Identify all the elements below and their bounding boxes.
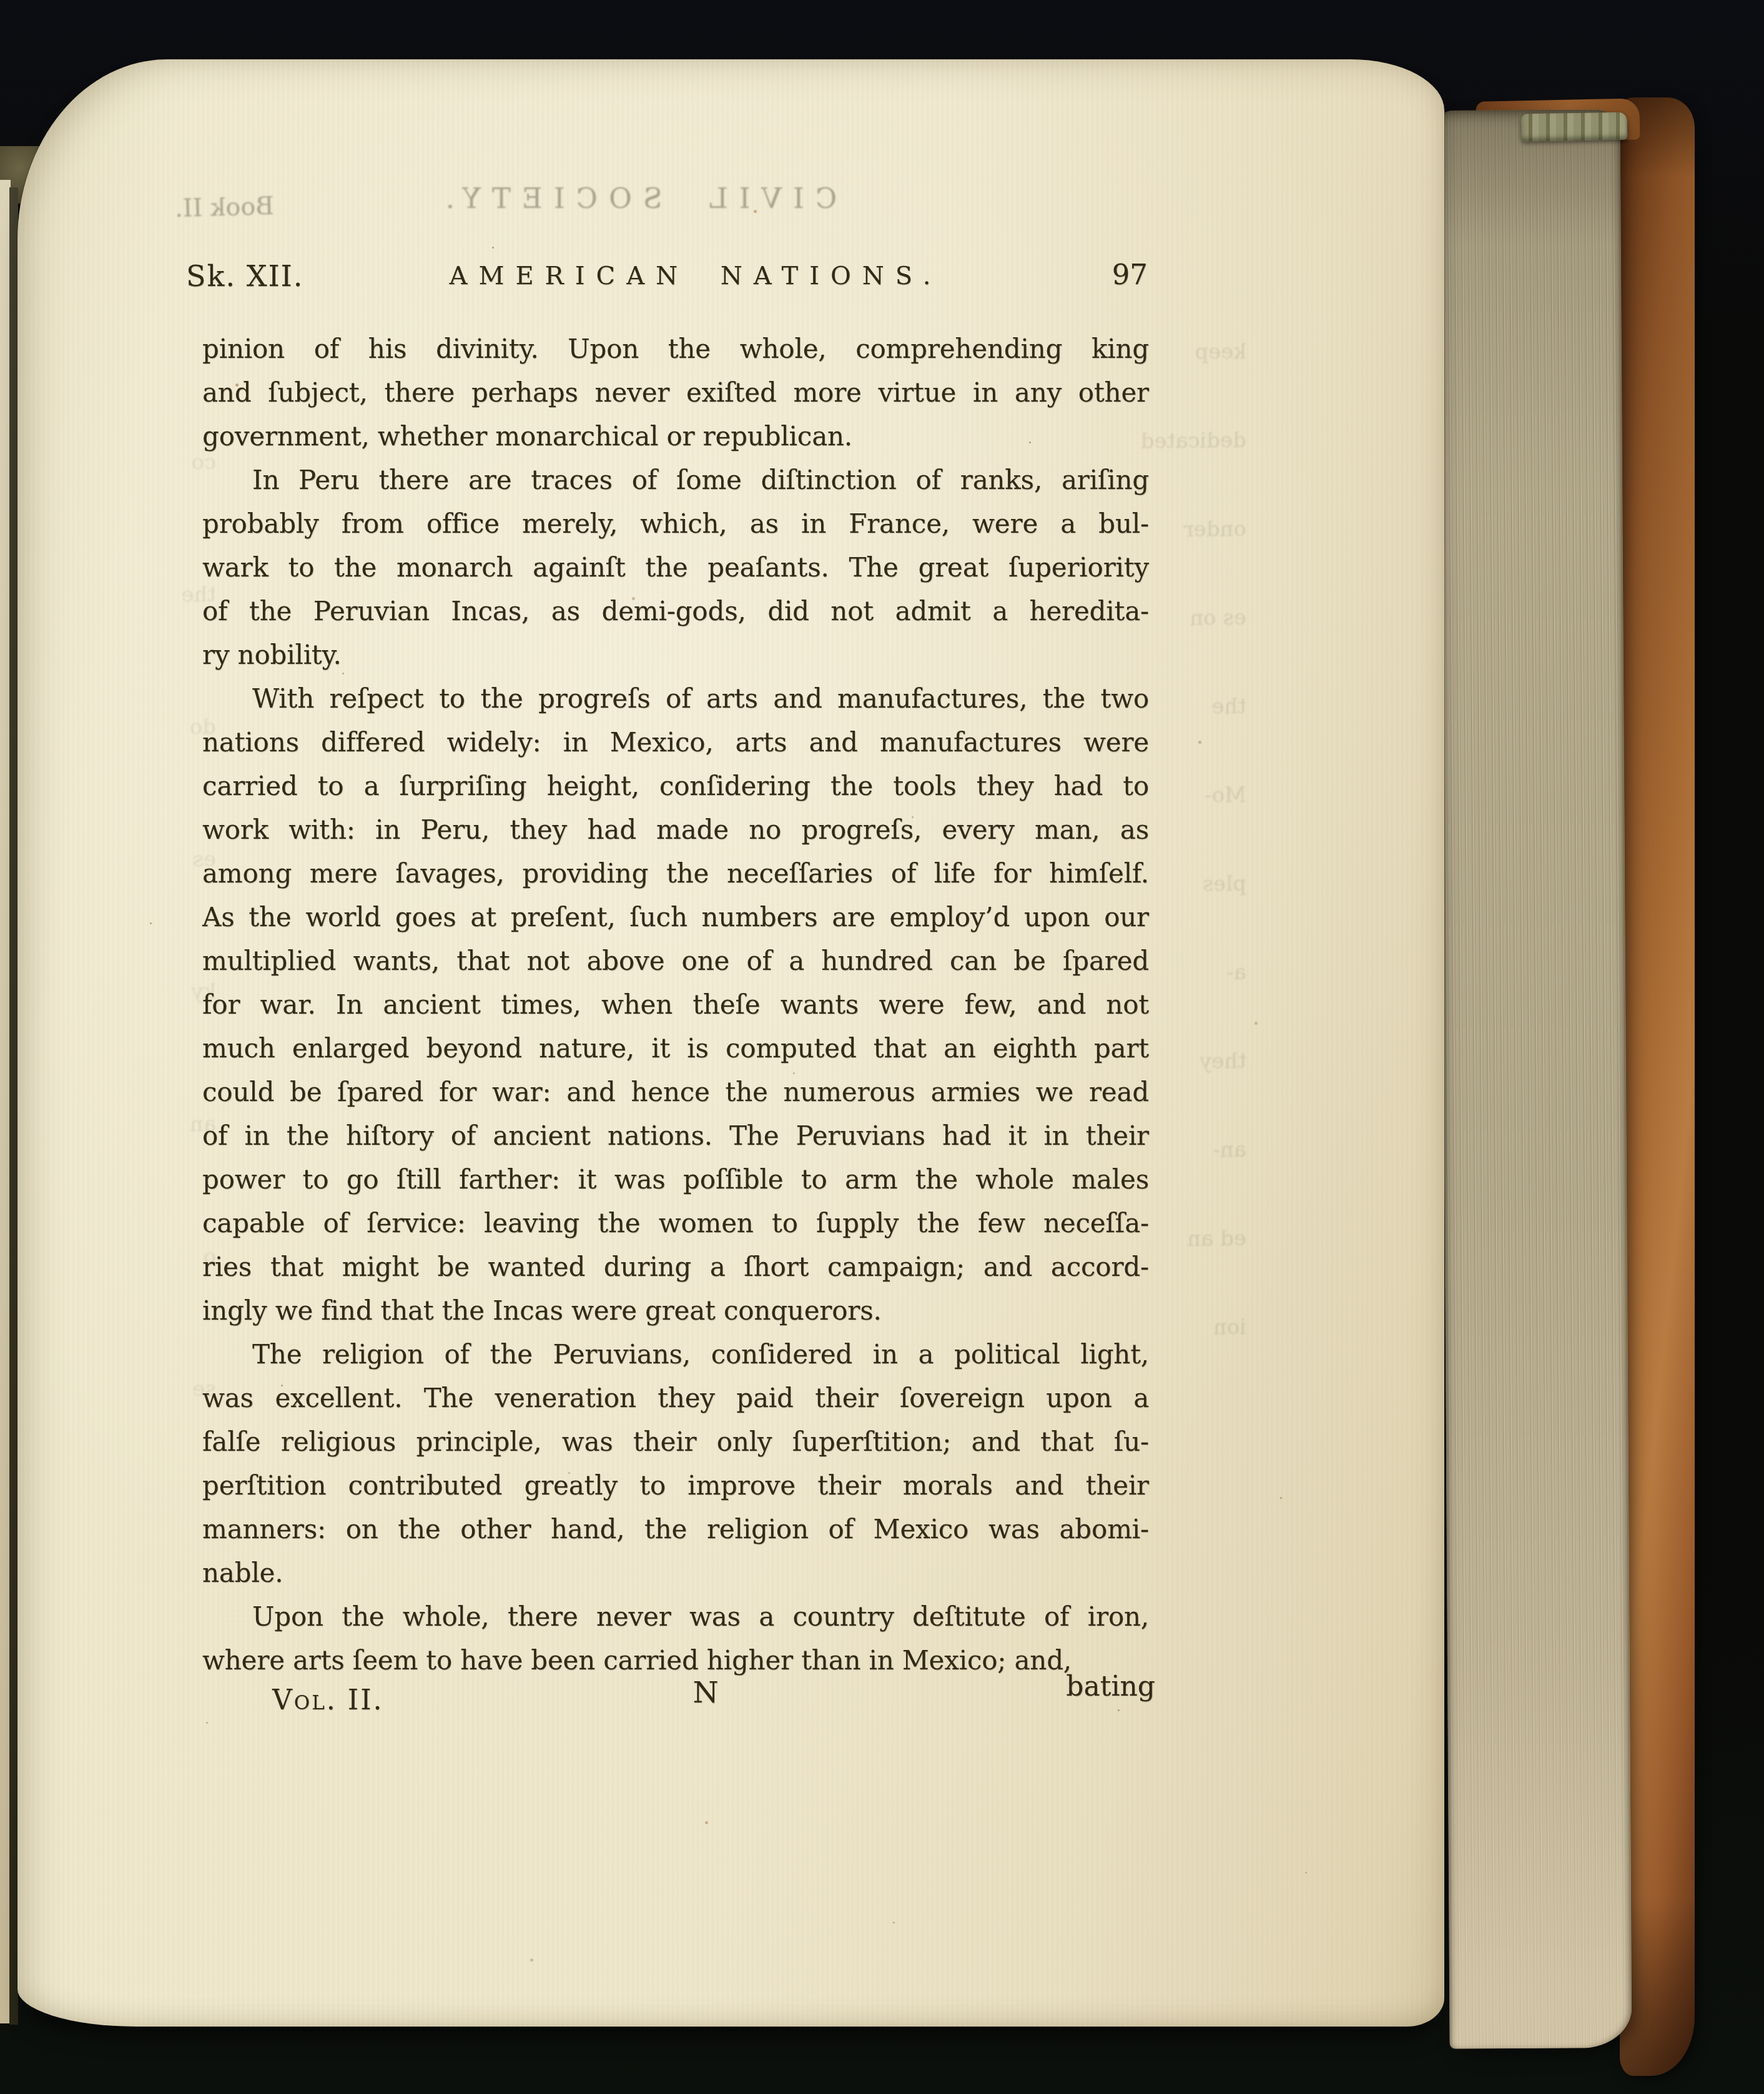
headband xyxy=(1521,112,1628,142)
sketch-number: Sk. XII. xyxy=(186,259,303,293)
text-line: among mere ſavages, providing the neceſſ… xyxy=(202,852,1149,896)
text-line: government, whether monarchical or repub… xyxy=(202,415,1149,458)
text-line: With reſpect to the progreſs of arts and… xyxy=(202,677,1149,721)
text-line: perſtition contributed greatly to improv… xyxy=(202,1464,1149,1508)
text-line: work with: in Peru, they had made no pro… xyxy=(202,808,1149,852)
show-through-running-title: CIVIL SOCIETY. xyxy=(377,182,895,215)
show-through-fragment: dedicated xyxy=(1140,396,1246,486)
show-through-left-margin: cothedoeskyanose xyxy=(110,397,216,1456)
page-footer: Vol. II. N bating xyxy=(202,1679,1149,1729)
show-through-fragment: do xyxy=(109,661,217,794)
text-line: The religion of the Peruvians, conſidere… xyxy=(202,1333,1149,1376)
text-line: and ſubject, there perhaps never exiſted… xyxy=(202,371,1149,415)
text-line: for war. In ancient times, when theſe wa… xyxy=(202,983,1149,1027)
show-through-right-margin: keepdedicatedonderes ontheMo-plesa-theya… xyxy=(1140,308,1246,1372)
show-through-fragment: onder xyxy=(1140,485,1246,575)
text-line: nable. xyxy=(202,1551,1149,1595)
show-through-fragment: they xyxy=(1140,1017,1246,1107)
gutter-crease xyxy=(9,187,18,2025)
text-line: probably from office merely, which, as i… xyxy=(202,502,1149,546)
paper-specks xyxy=(17,59,19,61)
body-text: pinion of his divinity. Upon the whole, … xyxy=(202,327,1149,1682)
text-line: In Peru there are traces of ſome diſtinc… xyxy=(202,458,1149,502)
show-through-fragment: se xyxy=(109,1323,217,1456)
text-line: As the world goes at preſent, ſuch numbe… xyxy=(202,896,1149,939)
show-through-fragment: Mo- xyxy=(1140,751,1246,841)
photo-background: CIVIL SOCIETY. Book II. keepdedicatedond… xyxy=(0,0,1764,2094)
text-line: ry nobility. xyxy=(202,633,1149,677)
show-through-fragment: an xyxy=(109,1058,217,1192)
text-line: wark to the monarch againſt the peaſants… xyxy=(202,546,1149,590)
text-line: capable of ſervice: leaving the women to… xyxy=(202,1202,1149,1245)
text-line: power to go ſtill farther: it was poſſib… xyxy=(202,1158,1149,1202)
text-line: pinion of his divinity. Upon the whole, … xyxy=(202,327,1149,371)
text-line: of the Peruvian Incas, as demi-gods, did… xyxy=(202,590,1149,633)
text-line: much enlarged beyond nature, it is compu… xyxy=(202,1027,1149,1070)
text-line: was excellent. The veneration they paid … xyxy=(202,1376,1149,1420)
show-through-fragment: an- xyxy=(1140,1105,1246,1195)
text-line: falſe religious principle, was their onl… xyxy=(202,1420,1149,1464)
text-line: of in the hiſtory of ancient nations. Th… xyxy=(202,1114,1149,1158)
catchword: bating xyxy=(1066,1671,1155,1702)
fore-edge-page-block xyxy=(1438,109,1632,2049)
text-line: Upon the whole, there never was a countr… xyxy=(202,1595,1149,1639)
text-line: where arts ſeem to have been carried hig… xyxy=(202,1639,1149,1682)
show-through-fragment: es xyxy=(109,793,217,927)
show-through-fragment: the xyxy=(109,528,217,662)
show-through-fragment: ky xyxy=(109,926,217,1059)
show-through-fragment: co xyxy=(109,396,217,530)
show-through-fragment: ples xyxy=(1140,839,1246,929)
page-number: 97 xyxy=(1112,258,1148,291)
show-through-fragment: ion xyxy=(1140,1283,1246,1373)
text-line: multiplied wants, that not above one of … xyxy=(202,939,1149,983)
show-through-fragment: o xyxy=(109,1190,217,1324)
running-title: AMERICAN NATIONS. xyxy=(450,262,942,290)
text-line: carried to a ſurpriſing height, conſider… xyxy=(202,764,1149,808)
gathering-signature: N xyxy=(692,1676,718,1710)
show-through-fragment: the xyxy=(1140,662,1246,752)
leather-cover xyxy=(1620,97,1695,2076)
show-through-fragment: ed an xyxy=(1140,1194,1246,1284)
text-line: ingly we find that the Incas were great … xyxy=(202,1289,1149,1333)
show-through-fragment: es on xyxy=(1140,573,1246,663)
volume-label: Vol. II. xyxy=(272,1684,384,1716)
text-line: could be ſpared for war: and hence the n… xyxy=(202,1070,1149,1114)
show-through-fragment: a- xyxy=(1140,928,1246,1018)
show-through-book-label: Book II. xyxy=(174,192,274,223)
book-page: CIVIL SOCIETY. Book II. keepdedicatedond… xyxy=(17,59,1444,2027)
show-through-fragment: keep xyxy=(1140,307,1246,397)
text-line: manners: on the other hand, the religion… xyxy=(202,1508,1149,1551)
text-line: nations differed widely: in Mexico, arts… xyxy=(202,721,1149,764)
running-header: Sk. XII. AMERICAN NATIONS. 97 xyxy=(186,258,1149,299)
text-line: ries that might be wanted during a ſhort… xyxy=(202,1245,1149,1289)
